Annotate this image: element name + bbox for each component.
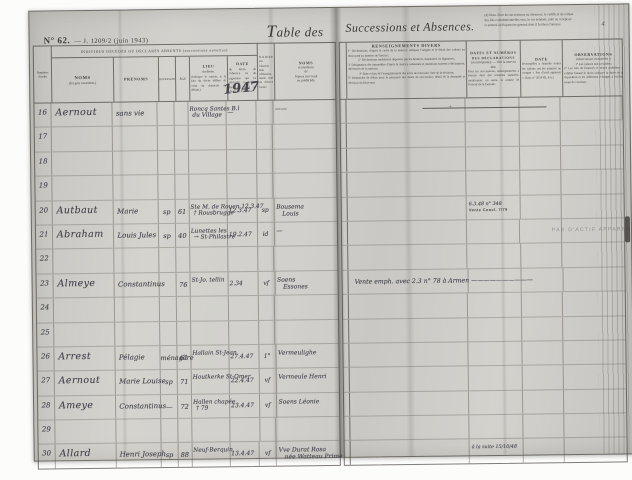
handwritten-etat: 1°	[259, 353, 275, 360]
register-row-right: PAS D'ACTIF APPARENT	[342, 218, 624, 246]
col-label: PRÉNOMS	[124, 77, 148, 82]
handwritten-profession: sp	[162, 451, 178, 459]
col-header-ordre: Numéros d'ordre	[34, 46, 52, 102]
handwritten-num: 29	[38, 425, 54, 433]
cell-profession: sp	[159, 199, 176, 223]
handwritten-epoux: —	[276, 227, 337, 235]
register-row: 20AutbautMariesp61Ste M. de Rouen 12.3.4…	[36, 197, 337, 225]
cell-prenoms: Louis Jules	[114, 224, 159, 248]
cell-age: 71	[178, 370, 192, 394]
cell-lieu	[191, 321, 229, 345]
cell-epoux	[274, 173, 337, 197]
col-header-date-compte: DATE (éventuelle) à laquelle toutes les …	[520, 40, 563, 97]
page-title: Table des	[266, 21, 323, 42]
cell-date: —	[226, 101, 256, 125]
cell-decl	[466, 171, 520, 195]
cell-age: 40	[176, 224, 190, 248]
handwritten-num: 24	[37, 304, 53, 312]
cell-nom	[54, 322, 116, 346]
cell-etat: vf	[258, 271, 275, 295]
register-row-right	[341, 121, 623, 149]
cell-lieu: Hallain St-Jean	[191, 345, 229, 369]
cell-profession	[161, 419, 178, 443]
handwritten-num: 18	[35, 157, 51, 165]
cell-date2	[523, 414, 565, 438]
handwritten-num: 17	[35, 133, 51, 141]
register-row: 16Aernoutsans vieRoncq Santes B.ldu Vill…	[34, 100, 335, 128]
cell-etat: id	[258, 223, 275, 247]
handwritten-num: 26	[37, 352, 53, 360]
register-row-right	[344, 413, 626, 441]
cell-epoux: Vve Durat Rosanée Watteau Prime	[277, 441, 340, 465]
cell-etat	[260, 418, 277, 442]
cell-lieu: Ste M. de Rouen 12.3.47† Rousbrugge	[189, 199, 227, 223]
col-note: Si le décédé (ou l'absent) était célibat…	[259, 55, 273, 89]
col-header-age: ÂGE	[175, 57, 190, 101]
cell-lieu: Lunettes les→ St-Philastre	[190, 223, 228, 247]
handwritten-prenoms: Constantinus	[119, 402, 160, 411]
cell-date: 13.4.47	[230, 442, 260, 466]
cell-decl	[468, 293, 522, 317]
cell-etat: vf	[260, 442, 277, 466]
cell-prenoms: Constantinus	[115, 273, 160, 297]
register-row: 28AmeyeConstantinus—72Hallen chapée† 792…	[38, 393, 339, 421]
handwritten-prenoms: Henri Joseph	[120, 451, 161, 460]
cell-num: 28	[38, 396, 55, 420]
register-row: 18	[35, 149, 336, 177]
cell-nom: Autbaut	[52, 200, 114, 224]
handwritten-date: 23.4.47	[231, 402, 259, 409]
cell-profession	[158, 126, 175, 150]
cell-date2	[523, 439, 565, 463]
cell-prenoms: sans vie	[113, 102, 158, 126]
cell-divers: Vente emph. avec 2.3 n° 78 à Armen —————…	[348, 269, 468, 294]
register-row: 25	[37, 319, 338, 347]
register-row-right	[340, 96, 622, 124]
handwritten-lieu: du Village	[192, 112, 225, 118]
cell-epoux	[273, 149, 336, 173]
cell-decl	[468, 317, 522, 341]
col-label: ÂGE	[179, 77, 186, 82]
cell-profession	[158, 151, 175, 175]
register-row: 22	[36, 246, 337, 274]
cell-date	[227, 150, 257, 174]
cell-prenoms: Marie	[114, 200, 159, 224]
cell-age	[178, 419, 192, 443]
handwritten-num: 22	[36, 255, 52, 263]
handwritten-etat: vf	[259, 377, 275, 384]
col-sublabel: ou prédécédé.	[297, 78, 315, 83]
handwritten-etat: sp	[257, 206, 273, 213]
handwritten-num: 25	[37, 328, 53, 336]
cell-lieu: Neuf-Berquin	[192, 443, 230, 467]
cell-divers	[350, 391, 469, 416]
handwritten-age: 88	[178, 451, 191, 459]
cell-etat: vf	[259, 369, 276, 393]
handwritten-prenoms: Marie	[117, 207, 158, 215]
cell-divers	[348, 245, 467, 270]
cell-num: 21	[36, 225, 53, 249]
cell-divers	[348, 220, 467, 245]
cell-age	[177, 297, 191, 321]
register-row-right: Vente emph. avec 2.3 n° 78 à Armen —————…	[342, 267, 624, 295]
cell-decl	[468, 342, 522, 366]
cell-etat: sp	[257, 198, 274, 222]
stamped-note: Vente Concl. 7/79	[469, 206, 520, 212]
cell-date	[229, 296, 259, 320]
cell-num: 18	[35, 152, 52, 176]
cell-epoux: —	[274, 222, 337, 246]
cell-date	[226, 125, 256, 149]
cell-epoux: Soens Léonie	[277, 393, 340, 417]
cell-prenoms: Marie Louise	[116, 370, 161, 394]
handwritten-lieu: Hallain St-Jean	[192, 350, 228, 356]
handwritten-date: 13.4.47	[231, 450, 259, 457]
cell-lieu	[190, 248, 228, 272]
cell-num: 27	[38, 372, 55, 396]
handwritten-num: 30	[39, 450, 55, 458]
cell-lieu	[191, 296, 229, 320]
cell-decl: 6.3.48 n° 348Vente Concl. 7/79	[467, 195, 521, 219]
cell-date2	[523, 390, 565, 414]
cell-lieu	[189, 126, 227, 150]
cell-age	[177, 321, 191, 345]
cell-date2	[519, 97, 561, 121]
handwritten-age: 61	[176, 207, 189, 215]
cell-nom: Ameye	[55, 395, 117, 419]
cell-age: 88	[178, 443, 192, 467]
handwritten-age: 40	[176, 232, 189, 240]
register-row: 29	[38, 417, 339, 445]
cell-nom	[54, 298, 116, 322]
handwritten-age: 76	[177, 280, 190, 288]
cell-nom	[52, 127, 114, 151]
cell-date2	[522, 365, 564, 389]
handwritten-nom: Almeye	[57, 277, 114, 289]
form-number: N° 62.	[44, 35, 71, 45]
cell-date2	[520, 170, 562, 194]
cell-age: 72	[178, 394, 192, 418]
handwritten-etat: vf	[260, 450, 276, 457]
cell-num: 20	[36, 201, 53, 225]
cell-profession	[157, 102, 174, 126]
handwritten-lieu: Hallen chapée	[193, 399, 229, 405]
handwritten-epoux: Essones	[283, 283, 338, 291]
handwritten-note: Vente emph. avec 2.3 n° 78 à Armen —————…	[355, 277, 468, 285]
cell-epoux	[275, 246, 338, 270]
register-row: 17	[35, 124, 336, 152]
cell-divers	[349, 318, 468, 343]
cell-decl	[465, 98, 519, 122]
col-note: (Indiquer le canton, si le lieu du décès…	[191, 74, 226, 92]
cell-prenoms	[113, 127, 158, 151]
register-row-right	[344, 365, 626, 393]
handwritten-etat: vf	[258, 279, 274, 286]
cell-date2	[519, 122, 561, 146]
col-header-noms: NOMS (En gros caractères.)	[51, 58, 114, 103]
col-note: (éventuelle) à laquelle toutes les valeu…	[522, 62, 561, 80]
register-row: 19	[35, 173, 336, 201]
cell-etat	[256, 125, 273, 149]
handwritten-prenoms: Constantinus	[118, 280, 159, 289]
handwritten-nom: Abraham	[57, 229, 114, 241]
register-row-right	[342, 243, 624, 271]
handwritten-prenoms: sans vie	[116, 109, 157, 117]
handwritten-num: 16	[34, 108, 50, 116]
handwritten-profession: —	[161, 403, 177, 411]
register-row: 24	[37, 295, 338, 323]
col-header-professions: PROFESSIONS	[158, 57, 176, 101]
cell-etat: 1°	[259, 345, 276, 369]
handwritten-nom: Arrest	[58, 351, 115, 363]
cell-decl	[469, 415, 523, 439]
handwritten-lieu: St-Jo. tellin	[192, 277, 228, 283]
cell-divers	[349, 342, 468, 367]
cell-num: 26	[37, 347, 54, 371]
col-label: PROFESSIONS	[158, 77, 176, 81]
handwritten-epoux: Soens Léonie	[279, 398, 339, 406]
cell-profession: ménagère	[160, 346, 177, 370]
cell-prenoms: Constantinus	[116, 395, 161, 419]
cell-decl	[467, 220, 521, 244]
cell-num: 19	[35, 177, 52, 201]
cell-num: 23	[36, 274, 53, 298]
handwritten-profession: sp	[159, 207, 175, 215]
printed-nota: (4) Nota. Pour les successions ou absenc…	[484, 12, 594, 29]
col-header-epoux: NOMS et résidence de l'époux survivant o…	[274, 43, 338, 100]
handwritten-epoux: née Watteau Prime	[285, 453, 340, 461]
cell-date: 12.3.47	[227, 198, 257, 222]
handwritten-nom: Aernout	[59, 375, 116, 387]
handwritten-date: 19.2.47	[229, 231, 257, 238]
cell-epoux	[277, 417, 340, 441]
left-table-header: Numéros d'ordre INDIVIDUS DÉCÉDÉS OU DÉC…	[34, 43, 336, 104]
handwritten-profession: ménagère	[160, 354, 176, 362]
handwritten-num: 20	[36, 206, 52, 214]
cell-lieu: Hallen chapée† 79	[192, 394, 230, 418]
col-header-declarations: DATES ET NUMÉROS DES DÉCLARATIONS (ou ré…	[466, 41, 521, 98]
page-title-continued: Successions et Absences.	[345, 19, 474, 36]
handwritten-num: 28	[38, 401, 54, 409]
handwritten-profession: sp	[161, 378, 177, 386]
cell-profession	[159, 248, 176, 272]
cell-date2	[521, 244, 563, 268]
register-row: 21AbrahamLouis Julessp40Lunettes les→ St…	[36, 222, 337, 250]
cell-age	[174, 102, 188, 126]
register-row-right: 6.3.48 n° 348Vente Concl. 7/79	[342, 194, 624, 222]
handwritten-lieu: → St-Philastre	[194, 234, 227, 240]
cell-date2	[520, 146, 562, 170]
cell-date	[230, 418, 260, 442]
handwritten-date: 27.4.47	[230, 353, 258, 360]
cell-decl	[467, 244, 521, 268]
right-page-table: RENSEIGNEMENTS DIVERS 1° Déclarations, d…	[339, 38, 628, 465]
cell-num: 25	[37, 323, 54, 347]
cell-date2	[522, 341, 564, 365]
handwritten-nom: Allard	[59, 448, 115, 460]
handwritten-prenoms: Pélagie	[119, 353, 160, 361]
cell-divers	[350, 367, 469, 392]
cell-age	[175, 151, 189, 175]
col-header-renseignements: RENSEIGNEMENTS DIVERS 1° Déclarations, d…	[346, 41, 467, 98]
handwritten-date: 22.4.47	[231, 377, 259, 384]
handwritten-date: 12.3.47	[229, 206, 257, 213]
register-spread: N° 62. — J. 1209/2 (juin 1943) Table des…	[28, 3, 632, 461]
cell-lieu: St-Jo. tellin	[191, 272, 229, 296]
cell-date	[227, 174, 257, 198]
cell-num: 16	[34, 103, 51, 127]
edge-mark	[625, 216, 630, 242]
cell-age: 61	[176, 199, 190, 223]
cell-nom: Arrest	[54, 347, 116, 371]
scan-background: N° 62. — J. 1209/2 (juin 1943) Table des…	[0, 0, 632, 480]
handwritten-lieu: † Rousbrugge	[194, 210, 227, 216]
left-table-body: 16Aernoutsans vieRoncq Santes B.ldu Vill…	[34, 100, 339, 469]
cell-nom	[52, 176, 114, 200]
cell-nom	[53, 249, 115, 273]
handwritten-epoux: Vermeule Henri	[278, 373, 338, 381]
handwritten-lieu: Houtkerke St-Omer	[193, 375, 229, 381]
register-row-right	[344, 389, 626, 417]
cell-num: 22	[36, 250, 53, 274]
register-row-right	[341, 145, 623, 173]
cell-divers	[346, 98, 465, 123]
register-row: 26ArrestPélagieménagère61Hallain St-Jean…	[37, 344, 338, 372]
cell-lieu	[192, 418, 230, 442]
register-row-right	[343, 340, 625, 368]
cell-epoux: ——	[273, 100, 336, 124]
handwritten-num: 21	[36, 230, 52, 238]
cell-date2	[520, 195, 562, 219]
handwritten-etat: id	[258, 231, 274, 238]
register-row: 27AernoutMarie Louisesp71Houtkerke St-Om…	[38, 368, 339, 396]
cell-etat	[258, 247, 275, 271]
cell-epoux: SoensEssones	[275, 271, 338, 295]
handwritten-lieu: Neuf-Berquin	[193, 448, 229, 454]
handwritten-num: 19	[35, 182, 51, 190]
cell-date2	[522, 292, 564, 316]
col-note: 5° Demandes de délais pour le paiement d…	[348, 75, 465, 85]
cell-epoux	[275, 319, 338, 343]
handwritten-lieu: † 79	[196, 405, 229, 411]
handwritten-prenoms: Marie Louise	[119, 377, 160, 386]
cell-lieu	[189, 150, 227, 174]
cell-date: 22.4.47	[230, 369, 260, 393]
handwritten-age: 72	[178, 402, 191, 410]
cell-nom: Almeye	[53, 273, 115, 297]
cell-etat: vf	[260, 393, 277, 417]
right-table-header: RENSEIGNEMENTS DIVERS 1° Déclarations, d…	[340, 39, 623, 99]
cell-nom: Aernout	[55, 371, 117, 395]
handwritten-num: 27	[38, 377, 54, 385]
cell-age: 61	[177, 346, 191, 370]
cell-lieu	[189, 174, 227, 198]
cell-prenoms	[113, 151, 158, 175]
col-header-lieu: LIEU du décès. (Indiquer le canton, si l…	[189, 56, 228, 100]
cell-profession: sp	[159, 224, 176, 248]
handwritten-age: 71	[178, 378, 191, 386]
cell-nom	[52, 151, 114, 175]
right-table-body: 6.3.48 n° 348Vente Concl. 7/79PAS D'ACTI…	[340, 96, 626, 464]
cell-divers	[351, 440, 470, 465]
cell-etat	[258, 296, 275, 320]
cell-epoux: BousemaLouis	[274, 197, 337, 221]
cell-epoux	[273, 124, 336, 148]
handwritten-date: —	[227, 109, 255, 116]
handwritten-declaration: à la suite 15/10/48	[472, 445, 523, 451]
cell-age	[175, 175, 189, 199]
cell-lieu: Roncq Santes B.ldu Village	[188, 101, 226, 125]
cell-date	[228, 247, 258, 271]
handwritten-nom: Aernout	[55, 107, 112, 119]
cell-epoux: Vermeulighe	[276, 344, 339, 368]
col-label: Numéros d'ordre	[35, 70, 50, 79]
handwritten-age: 61	[177, 354, 190, 362]
cell-profession	[160, 273, 177, 297]
handwritten-num: 23	[37, 279, 53, 287]
cell-date: 27.4.47	[229, 345, 259, 369]
cell-nom	[55, 420, 117, 444]
cell-divers	[350, 415, 469, 440]
register-row: 23AlmeyeConstantinus76St-Jo. tellin2.34v…	[36, 271, 337, 299]
cell-epoux: Vermeule Henri	[276, 368, 339, 392]
cell-decl	[469, 390, 523, 414]
cell-etat	[257, 174, 274, 198]
handwritten-nom: Ameye	[59, 399, 116, 411]
cell-prenoms	[114, 175, 159, 199]
register-row-right	[343, 316, 625, 344]
col-note: Pour les successions, renseignements à f…	[468, 69, 519, 88]
left-page-table: Numéros d'ordre INDIVIDUS DÉCÉDÉS OU DÉC…	[33, 42, 341, 470]
cell-profession	[160, 297, 177, 321]
cell-epoux	[275, 295, 338, 319]
col-header-prenoms: PRÉNOMS	[113, 57, 159, 102]
cell-divers	[347, 123, 466, 148]
cell-profession: sp	[162, 443, 179, 467]
cell-num: 24	[37, 299, 54, 323]
cell-decl	[466, 146, 520, 170]
cell-date: 19.2.47	[228, 223, 258, 247]
handwritten-prenoms: Louis Jules	[117, 231, 158, 239]
span-title: INDIVIDUS DÉCÉDÉS OU DÉCLARÉS ABSENTS (s…	[81, 48, 228, 54]
cell-etat	[256, 101, 273, 125]
nota-line: et annexé au Répertoire général dont il …	[484, 22, 594, 28]
cell-prenoms: Pélagie	[116, 346, 161, 370]
cell-prenoms	[117, 419, 162, 443]
cell-date: 23.4.47	[230, 394, 260, 418]
cell-nom: Aernout	[51, 103, 113, 127]
cell-date2	[522, 317, 564, 341]
handwritten-profession: sp	[159, 232, 175, 240]
cell-decl	[466, 122, 520, 146]
cell-divers	[348, 196, 467, 221]
cell-num: 30	[39, 445, 56, 469]
cell-lieu: Houtkerke St-Omer	[192, 370, 230, 394]
cell-date	[229, 320, 259, 344]
cell-num: 17	[35, 128, 52, 152]
cell-decl: à la suite 15/10/48	[470, 439, 524, 463]
cell-profession: —	[161, 395, 178, 419]
cell-date: 2.34	[228, 272, 258, 296]
cell-divers	[349, 293, 468, 318]
cell-divers	[347, 147, 466, 172]
register-row-right	[341, 170, 623, 198]
cell-age	[175, 126, 189, 150]
cell-etat	[259, 320, 276, 344]
cell-divers	[347, 172, 466, 197]
register-row: 30AllardHenri Josephsp88Neuf-Berquin13.4…	[39, 441, 340, 468]
cell-prenoms	[115, 297, 160, 321]
